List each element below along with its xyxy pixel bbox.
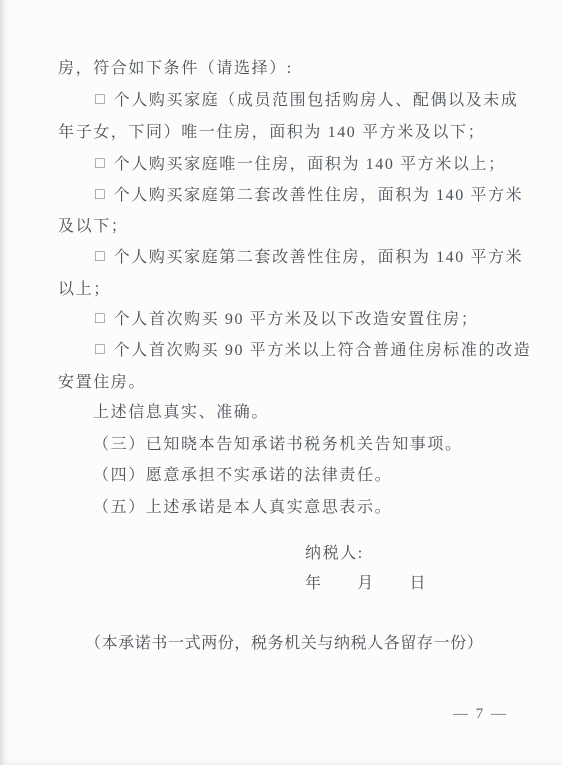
- body-line: 安置住房。: [58, 372, 146, 394]
- checkbox-icon[interactable]: □: [95, 153, 105, 175]
- body-line: （五）上述承诺是本人真实意思表示。: [93, 497, 392, 519]
- checkbox-icon[interactable]: □: [95, 184, 105, 206]
- date-year-label: 年: [305, 570, 323, 593]
- option-text: 个人首次购买 90 平方米以上符合普通住房标准的改造: [114, 342, 532, 359]
- page-number: — 7 —: [453, 706, 508, 723]
- body-line: （三）已知晓本告知承诺书税务机关告知事项。: [93, 434, 463, 456]
- option-line: □个人购买家庭第二套改善性住房，面积为 140 平方米: [95, 185, 523, 207]
- date-month-label: 月: [357, 570, 375, 593]
- option-line: □个人首次购买 90 平方米及以下改造安置住房；: [95, 309, 478, 331]
- body-line: 上述信息真实、准确。: [93, 402, 269, 424]
- checkbox-icon[interactable]: □: [95, 308, 105, 330]
- option-text: 个人购买家庭第二套改善性住房，面积为 140 平方米: [114, 249, 524, 266]
- body-line: （四）愿意承担不实承诺的法律责任。: [93, 465, 392, 487]
- date-day-label: 日: [409, 570, 427, 593]
- copies-footnote: （本承诺书一式两份，税务机关与纳税人各留存一份）: [85, 630, 483, 653]
- scan-edge-shadow: [0, 0, 10, 765]
- option-text: 个人首次购买 90 平方米及以下改造安置住房；: [114, 311, 479, 328]
- option-line: □个人购买家庭唯一住房，面积为 140 平方米以上；: [95, 154, 506, 176]
- scanned-document-page: 房，符合如下条件（请选择）: □个人购买家庭（成员范围包括购房人、配偶以及未成 …: [0, 0, 562, 765]
- body-line: 年子女，下同）唯一住房，面积为 140 平方米及以下；: [58, 122, 485, 144]
- option-text: 个人购买家庭（成员范围包括购房人、配偶以及未成: [114, 92, 519, 109]
- checkbox-icon[interactable]: □: [95, 89, 105, 111]
- option-line: □个人购买家庭第二套改善性住房，面积为 140 平方米: [95, 247, 523, 269]
- body-line: 及以下；: [58, 216, 128, 238]
- option-text: 个人购买家庭唯一住房，面积为 140 平方米以上；: [114, 156, 506, 173]
- signature-date-line: 年 月 日: [305, 570, 427, 593]
- option-line: □个人购买家庭（成员范围包括购房人、配偶以及未成: [95, 90, 518, 112]
- taxpayer-signature-label: 纳税人:: [305, 540, 364, 563]
- checkbox-icon[interactable]: □: [95, 339, 105, 361]
- option-text: 个人购买家庭第二套改善性住房，面积为 140 平方米: [114, 187, 524, 204]
- option-line: □个人首次购买 90 平方米以上符合普通住房标准的改造: [95, 340, 531, 362]
- scan-edge-shadow-bottom: [0, 759, 562, 765]
- body-line: 房，符合如下条件（请选择）:: [58, 58, 293, 80]
- body-line: 以上；: [58, 279, 111, 301]
- checkbox-icon[interactable]: □: [95, 246, 105, 268]
